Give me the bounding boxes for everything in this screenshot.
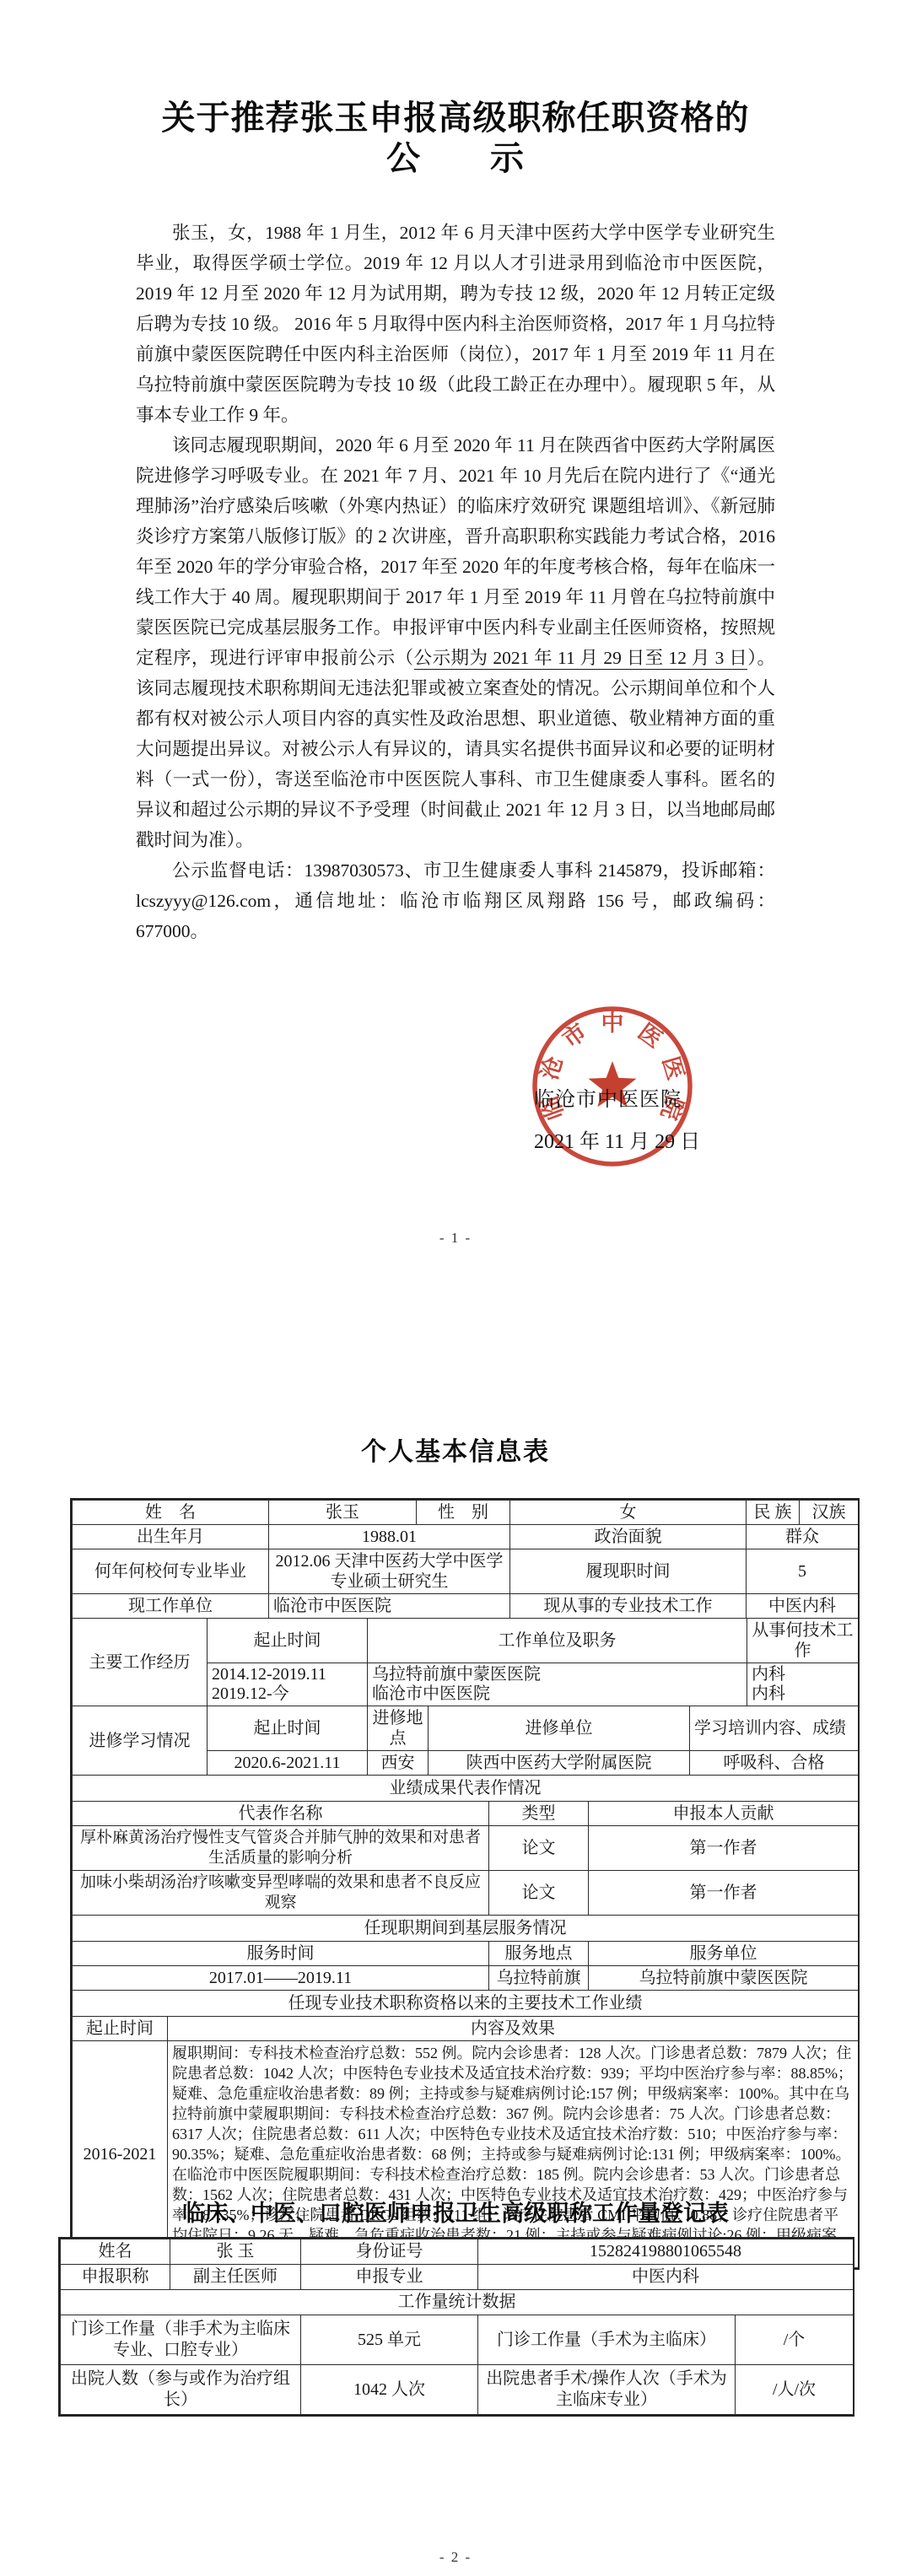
career-period: 2019.12-今 (212, 1684, 363, 1704)
training-header-content: 学习培训内容、成绩 (690, 1706, 859, 1751)
career-work: 内科 (752, 1684, 854, 1704)
table-row: 厚朴麻黄汤治疗慢性支气管炎合并肺气肿的效果和对患者生活质量的影响分析 论文 第一… (73, 1826, 859, 1871)
info-basic-table: 姓 名 张玉 性 别 女 民 族 汉族 出生年月 1988.01 政治面貌 群众… (72, 1500, 859, 1619)
training-label: 进修学习情况 (73, 1706, 208, 1776)
table-row: 何年何校何专业毕业 2012.06 天津中医药大学中医学专业硕士研究生 履现职时… (73, 1549, 859, 1594)
current-work-value: 中医内科 (747, 1594, 859, 1619)
training-header-period: 起止时间 (208, 1706, 368, 1751)
sex-label: 性 别 (417, 1501, 510, 1525)
performance-detail: 履职期间：专科技术检查治疗总数：552 例。院内会诊患者：128 人次。门诊患者… (168, 2041, 859, 2268)
personal-info-table: 姓 名 张玉 性 别 女 民 族 汉族 出生年月 1988.01 政治面貌 群众… (70, 1498, 860, 2270)
notice-title-line1: 关于推荐张玉申报高级职称任职资格的 (0, 98, 911, 138)
performance-header-content: 内容及效果 (168, 2017, 859, 2041)
career-employer: 乌拉特前旗中蒙医医院 (372, 1665, 742, 1684)
employer-label: 现工作单位 (73, 1594, 269, 1619)
table-row: 任现专业技术职称资格以来的主要技术工作业绩 (73, 1991, 859, 2017)
works-header-type: 类型 (489, 1802, 589, 1826)
career-header-period: 起止时间 (208, 1619, 368, 1663)
table-row: 2017.01——2019.11 乌拉特前旗 乌拉特前旗中蒙医医院 (73, 1966, 859, 1991)
notice-title-line2: 公 示 (0, 138, 911, 179)
table-row: 姓 名 张玉 性 别 女 民 族 汉族 (73, 1501, 859, 1525)
training-table: 进修学习情况 起止时间 进修地点 进修单位 学习培训内容、成绩 2020.6-2… (72, 1706, 859, 1776)
service-time: 2017.01——2019.11 (73, 1966, 489, 1991)
notice-body: 张玉，女，1988 年 1 月生，2012 年 6 月天津中医药大学中医学专业研… (136, 218, 775, 946)
name-value: 张玉 (269, 1501, 417, 1525)
employer-value: 临沧市中医医院 (269, 1594, 510, 1619)
training-header-unit: 进修单位 (429, 1706, 690, 1751)
performance-band: 任现专业技术职称资格以来的主要技术工作业绩 (73, 1991, 859, 2017)
work-contribution: 第一作者 (589, 1826, 859, 1871)
performance-header-period: 起止时间 (73, 2017, 168, 2041)
name-label: 姓 名 (73, 1501, 269, 1525)
career-periods: 2014.12-2019.11 2019.12-今 (208, 1663, 368, 1706)
service-header-time: 服务时间 (73, 1942, 489, 1966)
work-type: 论文 (489, 1871, 589, 1916)
paragraph-profile: 张玉，女，1988 年 1 月生，2012 年 6 月天津中医药大学中医学专业研… (136, 218, 775, 430)
career-header-work: 从事何技术工作 (747, 1619, 859, 1663)
wl-discharge2-value: /人/次 (736, 2365, 854, 2415)
wl-specialty-label: 申报专业 (301, 2265, 478, 2290)
document-page: 关于推荐张玉申报高级职称任职资格的 公 示 张玉，女，1988 年 1 月生，2… (0, 0, 911, 2576)
training-unit: 陕西中医药大学附属医院 (429, 1751, 690, 1776)
wl-name-value: 张 玉 (170, 2239, 301, 2265)
page-number-2: - 2 - (0, 2549, 911, 2566)
workload-table-title: 临床、中医、口腔医师申报卫生高级职称工作量登记表 (0, 2195, 911, 2228)
service-band: 任现职期间到基层服务情况 (73, 1916, 859, 1942)
table-row: 申报职称 副主任医师 申报专业 中医内科 (61, 2265, 854, 2290)
notice-title: 关于推荐张玉申报高级职称任职资格的 公 示 (0, 98, 911, 179)
works-header-contribution: 申报本人贡献 (589, 1802, 859, 1826)
wl-name-label: 姓名 (61, 2239, 170, 2265)
table-row: 起止时间 内容及效果 (73, 2017, 859, 2041)
workload-grid: 姓名 张 玉 身份证号 152824198801065548 申报职称 副主任医… (60, 2239, 854, 2415)
birth-label: 出生年月 (73, 1525, 269, 1549)
political-value: 群众 (747, 1525, 859, 1549)
career-history-table: 主要工作经历 起止时间 工作单位及职务 从事何技术工作 2014.12-2019… (72, 1618, 859, 1706)
service-place: 乌拉特前旗 (489, 1966, 589, 1991)
table-row: 代表作名称 类型 申报本人贡献 (73, 1802, 859, 1826)
signature-date: 2021 年 11 月 29 日 (534, 1124, 700, 1154)
table-row: 服务时间 服务地点 服务单位 (73, 1942, 859, 1966)
graduation-label: 何年何校何专业毕业 (73, 1549, 269, 1594)
service-table: 任现职期间到基层服务情况 服务时间 服务地点 服务单位 2017.01——201… (72, 1915, 859, 1991)
wl-outpatient-label: 门诊工作量（非手术为主临床专业、口腔专业） (61, 2315, 301, 2365)
work-type: 论文 (489, 1826, 589, 1871)
table-row: 门诊工作量（非手术为主临床专业、口腔专业） 525 单元 门诊工作量（手术为主临… (61, 2315, 854, 2365)
workload-table: 姓名 张 玉 身份证号 152824198801065548 申报职称 副主任医… (58, 2237, 854, 2417)
service-unit: 乌拉特前旗中蒙医医院 (589, 1966, 859, 1991)
performance-period: 2016-2021 (73, 2041, 168, 2268)
review-text-after: ）。该同志履现技术职称期间无违法犯罪或被立案查处的情况。公示期间单位和个人都有权… (136, 648, 775, 850)
wl-discharge2-label: 出院患者手术/操作人次（手术为主临床专业） (478, 2365, 736, 2415)
wl-title-value: 副主任医师 (170, 2265, 301, 2290)
birth-value: 1988.01 (269, 1525, 510, 1549)
work-title: 加味小柴胡汤治疗咳嗽变异型哮喘的效果和患者不良反应观察 (73, 1871, 489, 1916)
service-header-place: 服务地点 (489, 1942, 589, 1966)
career-header-employer: 工作单位及职务 (368, 1619, 747, 1663)
wl-title-label: 申报职称 (61, 2265, 170, 2290)
table-row: 业绩成果代表作情况 (73, 1776, 859, 1802)
tenure-value: 5 (747, 1549, 859, 1594)
training-period: 2020.6-2021.11 (208, 1751, 368, 1776)
ethnic-label: 民 族 (747, 1501, 800, 1525)
graduation-value: 2012.06 天津中医药大学中医学专业硕士研究生 (269, 1549, 510, 1594)
paragraph-review: 该同志履现职期间，2020 年 6 月至 2020 年 11 月在陕西省中医药大… (136, 430, 775, 855)
training-header-place: 进修地点 (368, 1706, 429, 1751)
page-number-1: - 1 - (0, 1230, 911, 1247)
wl-outpatient-value: 525 单元 (301, 2315, 478, 2365)
table-row: 任现职期间到基层服务情况 (73, 1916, 859, 1942)
wl-stats-band: 工作量统计数据 (61, 2290, 854, 2315)
wl-outpatient2-value: /个 (736, 2315, 854, 2365)
training-place: 西安 (368, 1751, 429, 1776)
career-employer: 临沧市中医医院 (372, 1684, 742, 1704)
wl-discharge-label: 出院人数（参与或作为治疗组长） (61, 2365, 301, 2415)
career-employers: 乌拉特前旗中蒙医医院 临沧市中医医院 (368, 1663, 747, 1706)
works-table: 业绩成果代表作情况 代表作名称 类型 申报本人贡献 厚朴麻黄汤治疗慢性支气管炎合… (72, 1775, 859, 1916)
work-title: 厚朴麻黄汤治疗慢性支气管炎合并肺气肿的效果和对患者生活质量的影响分析 (73, 1826, 489, 1871)
table-row: 出院人数（参与或作为治疗组长） 1042 人次 出院患者手术/操作人次（手术为主… (61, 2365, 854, 2415)
sex-value: 女 (510, 1501, 747, 1525)
review-text-before: 该同志履现职期间，2020 年 6 月至 2020 年 11 月在陕西省中医药大… (136, 435, 775, 668)
achievement-band: 业绩成果代表作情况 (73, 1776, 859, 1802)
wl-id-label: 身份证号 (301, 2239, 478, 2265)
paragraph-contact: 公示监督电话：13987030573、市卫生健康委人事科 2145879，投诉邮… (136, 855, 775, 946)
wl-specialty-value: 中医内科 (478, 2265, 854, 2290)
info-table-title: 个人基本信息表 (0, 1431, 911, 1468)
publicity-period-underlined: 公示期为 2021 年 11 月 29 日至 12 月 3 日 (414, 648, 748, 670)
seal-char: 医 (658, 1054, 688, 1082)
table-row: 2016-2021 履职期间：专科技术检查治疗总数：552 例。院内会诊患者：1… (73, 2041, 859, 2268)
table-row: 加味小柴胡汤治疗咳嗽变异型哮喘的效果和患者不良反应观察 论文 第一作者 (73, 1871, 859, 1916)
political-label: 政治面貌 (510, 1525, 747, 1549)
service-header-unit: 服务单位 (589, 1942, 859, 1966)
signature-org: 临沧市中医医院 (534, 1082, 682, 1112)
career-works: 内科 内科 (747, 1663, 859, 1706)
work-contribution: 第一作者 (589, 1871, 859, 1916)
ethnic-value: 汉族 (800, 1501, 859, 1525)
table-row: 出生年月 1988.01 政治面貌 群众 (73, 1525, 859, 1549)
tenure-label: 履现职时间 (510, 1549, 747, 1594)
current-work-label: 现从事的专业技术工作 (510, 1594, 747, 1619)
wl-id-value: 152824198801065548 (478, 2239, 854, 2265)
career-work: 内科 (752, 1665, 854, 1684)
works-header-title: 代表作名称 (73, 1802, 489, 1826)
career-period: 2014.12-2019.11 (212, 1665, 363, 1684)
seal-char: 中 (601, 1010, 624, 1036)
training-content: 呼吸科、合格 (690, 1751, 859, 1776)
wl-discharge-value: 1042 人次 (301, 2365, 478, 2415)
table-row: 主要工作经历 起止时间 工作单位及职务 从事何技术工作 (73, 1619, 859, 1663)
career-label: 主要工作经历 (73, 1619, 208, 1706)
wl-outpatient2-label: 门诊工作量（手术为主临床） (478, 2315, 736, 2365)
table-row: 进修学习情况 起止时间 进修地点 进修单位 学习培训内容、成绩 (73, 1706, 859, 1751)
table-row: 工作量统计数据 (61, 2290, 854, 2315)
table-row: 姓名 张 玉 身份证号 152824198801065548 (61, 2239, 854, 2265)
table-row: 现工作单位 临沧市中医医院 现从事的专业技术工作 中医内科 (73, 1594, 859, 1619)
